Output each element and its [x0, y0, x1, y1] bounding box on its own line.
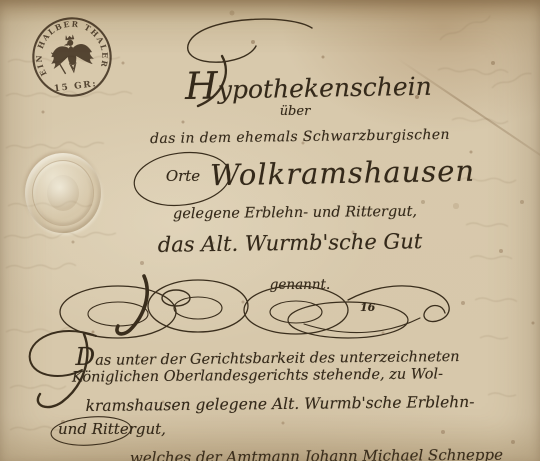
title-orte: Orte	[152, 167, 214, 185]
embossed-seal	[25, 153, 101, 233]
foxing-spots	[0, 0, 2, 2]
body-line: und Rittergut,	[58, 420, 258, 438]
folio-mark: 16	[360, 301, 375, 314]
document-title: Hypothekenschein	[185, 60, 416, 108]
stamp-value-text: 15 GR:	[53, 79, 97, 94]
title-estate-line: gelegene Erblehn- und Rittergut,	[135, 203, 455, 222]
revenue-stamp: EIN HALBER THALER 15 GR:	[25, 7, 119, 107]
body-line-clipped: welches der Amtmann Johann Michael Schne…	[130, 445, 540, 461]
title-gut-line: das Alt. Wurmb'sche Gut	[140, 229, 440, 257]
eagle-icon	[48, 33, 94, 76]
document-page: EIN HALBER THALER 15 GR: Hypothekenschei	[0, 0, 540, 461]
title-place-name: Wolkramshausen	[210, 154, 473, 193]
title-ueber: über	[245, 104, 345, 119]
